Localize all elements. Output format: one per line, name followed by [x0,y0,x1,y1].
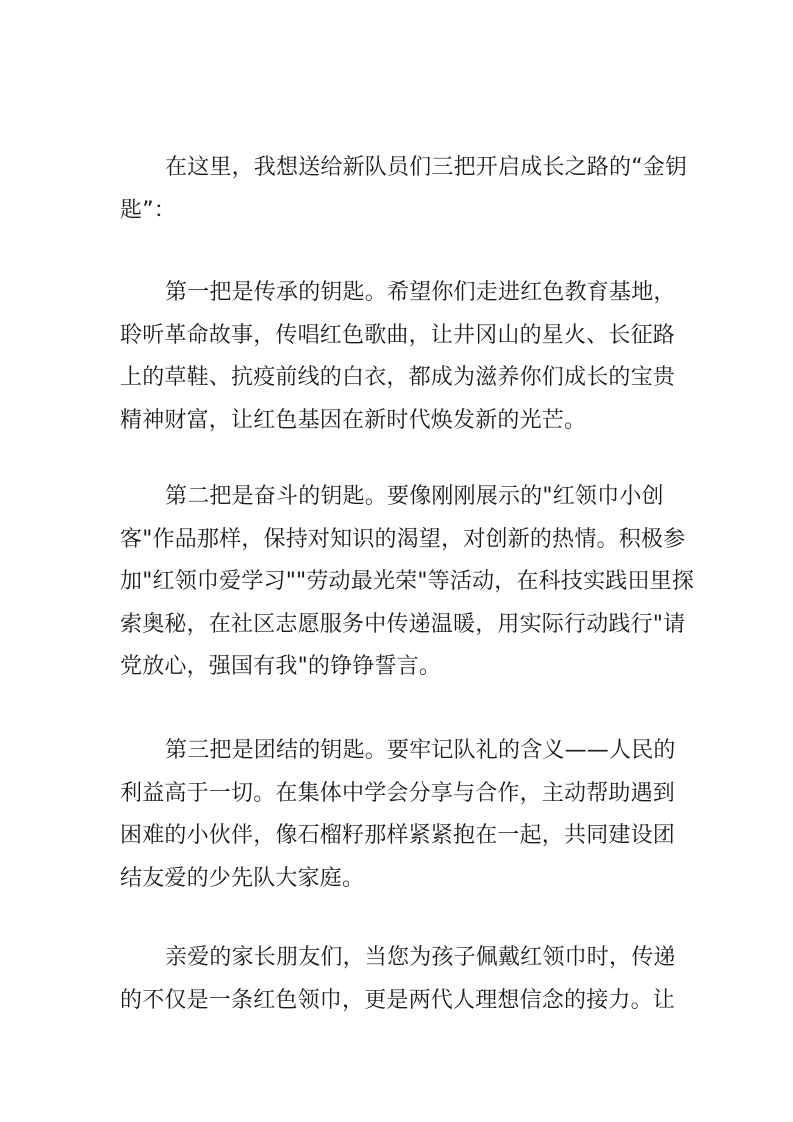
document-page: 在这里，我想送给新队员们三把开启成长之路的“金钥 匙”： 第一把是传承的钥匙。希… [0,0,793,1122]
text-line: 匙”： [120,190,676,233]
text-line: 精神财富，让红色基因在新时代焕发新的光芒。 [120,400,676,443]
text-line: 亲爱的家长朋友们，当您为孩子佩戴红领巾时，传递 [120,937,676,980]
paragraph-first-key: 第一把是传承的钥匙。希望你们走进红色教育基地， 聆听革命故事，传唱红色歌曲，让井… [120,272,676,442]
paragraph-second-key: 第二把是奋斗的钥匙。要像刚刚展示的"红领巾小创 客"作品那样，保持对知识的渴望，… [120,476,676,689]
paragraph-parents: 亲爱的家长朋友们，当您为孩子佩戴红领巾时，传递 的不仅是一条红色领巾，更是两代人… [120,937,676,1022]
text-line: 第一把是传承的钥匙。希望你们走进红色教育基地， [120,272,676,315]
text-line: 第二把是奋斗的钥匙。要像刚刚展示的"红领巾小创 [120,476,676,519]
text-line: 第三把是团结的钥匙。要牢记队礼的含义——人民的 [120,730,676,773]
text-line: 结友爱的少先队大家庭。 [120,858,676,901]
text-line: 客"作品那样，保持对知识的渴望，对创新的热情。积极参 [120,519,676,562]
text-line: 利益高于一切。在集体中学会分享与合作，主动帮助遇到 [120,773,676,816]
text-line: 加"红领巾爱学习""劳动最光荣"等活动，在科技实践田里探 [120,561,676,604]
text-line: 的不仅是一条红色领巾，更是两代人理想信念的接力。让 [120,980,676,1023]
text-line: 聆听革命故事，传唱红色歌曲，让井冈山的星火、长征路 [120,315,676,358]
text-line: 困难的小伙伴，像石榴籽那样紧紧抱在一起，共同建设团 [120,815,676,858]
text-line: 党放心，强国有我"的铮铮誓言。 [120,646,676,689]
paragraph-intro: 在这里，我想送给新队员们三把开启成长之路的“金钥 匙”： [120,147,676,232]
paragraph-third-key: 第三把是团结的钥匙。要牢记队礼的含义——人民的 利益高于一切。在集体中学会分享与… [120,730,676,900]
text-line: 索奥秘，在社区志愿服务中传递温暖，用实际行动践行"请 [120,604,676,647]
text-line: 在这里，我想送给新队员们三把开启成长之路的“金钥 [120,147,676,190]
text-line: 上的草鞋、抗疫前线的白衣，都成为滋养你们成长的宝贵 [120,357,676,400]
